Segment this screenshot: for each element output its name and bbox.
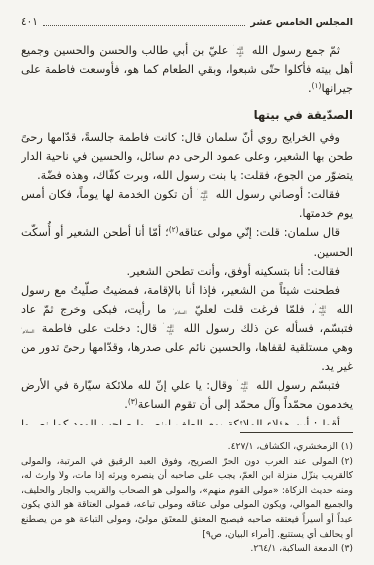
honorific-stamp: صلى الله عليه وآله وسلم bbox=[233, 44, 248, 57]
honorific-stamp: صلى الله عليه وآله وسلم bbox=[315, 303, 330, 316]
footnote-marker: (٣) bbox=[341, 543, 353, 554]
footnote-ref: (١) bbox=[312, 81, 322, 90]
paragraph: فتبسّم رسول الله صلى الله عليه وآله وسلم… bbox=[21, 376, 353, 415]
body-text: ثمّ جمع رسول الله صلى الله عليه وآله وسل… bbox=[21, 41, 353, 425]
footnote-text: المولى عند العرب دون الحرّ الصريح، وفوق … bbox=[21, 456, 353, 540]
honorific-stamp: عليها السلام bbox=[21, 327, 36, 335]
footnote-text: الزمخشري، الكشاف، ٤٢٧/١. bbox=[228, 441, 338, 452]
section-heading: الصدّيقة في بيتها bbox=[21, 106, 353, 125]
honorific-stamp: صلى الله عليه وآله وسلم bbox=[163, 322, 178, 335]
book-page: المجلس الخامس عشر ٤٠١ ثمّ جمع رسول الله … bbox=[0, 0, 374, 565]
dotted-leader bbox=[43, 17, 246, 26]
footnote-ref: (٢) bbox=[169, 225, 179, 234]
paragraph: فقالت: أوصاني رسول الله صلى الله عليه وآ… bbox=[21, 185, 353, 223]
page-number: ٤٠١ bbox=[21, 16, 38, 28]
paragraph: فطحنت شيئاً من الشعير، فإذا أنا بالإقامة… bbox=[21, 281, 353, 376]
footnote-text: الدمعة الساكبة، ٢٦٤/١. bbox=[250, 543, 337, 554]
footnote-item: (٢)المولى عند العرب دون الحرّ الصريح، وف… bbox=[21, 455, 353, 543]
footnote-ref: (٣) bbox=[128, 397, 138, 406]
footnote-item: (١)الزمخشري، الكشاف، ٤٢٧/١. bbox=[21, 440, 353, 455]
honorific-stamp: عليه السلام bbox=[173, 308, 188, 316]
paragraph: ثمّ جمع رسول الله صلى الله عليه وآله وسل… bbox=[21, 41, 353, 99]
paragraph: وفي الخرايج روي أنّ سلمان قال: كانت فاطم… bbox=[21, 128, 353, 185]
footnote-marker: (١) bbox=[341, 441, 353, 452]
honorific-stamp: صلى الله عليه وآله وسلم bbox=[197, 188, 212, 201]
header-title: المجلس الخامس عشر bbox=[250, 17, 353, 28]
footnote-item: (٣)الدمعة الساكبة، ٢٦٤/١. bbox=[21, 542, 353, 557]
footnote-separator bbox=[240, 432, 353, 433]
footnotes: (١)الزمخشري، الكشاف، ٤٢٧/١. (٢)المولى عن… bbox=[21, 432, 353, 557]
footnote-marker: (٢) bbox=[341, 456, 353, 467]
paragraph: أقول: أين هؤلاء الملائكة يوم الطف لينصرو… bbox=[21, 415, 353, 425]
honorific-stamp: صلى الله عليه وآله وسلم bbox=[237, 379, 252, 392]
page-header: المجلس الخامس عشر ٤٠١ bbox=[21, 16, 353, 28]
paragraph: فقالت: أنا بتسكينه أوفق، وأنت تطحن الشعي… bbox=[21, 262, 353, 281]
paragraph: قال سلمان: قلت: إنّي مولى عتاقه(٢)؛ أمّا… bbox=[21, 223, 353, 262]
